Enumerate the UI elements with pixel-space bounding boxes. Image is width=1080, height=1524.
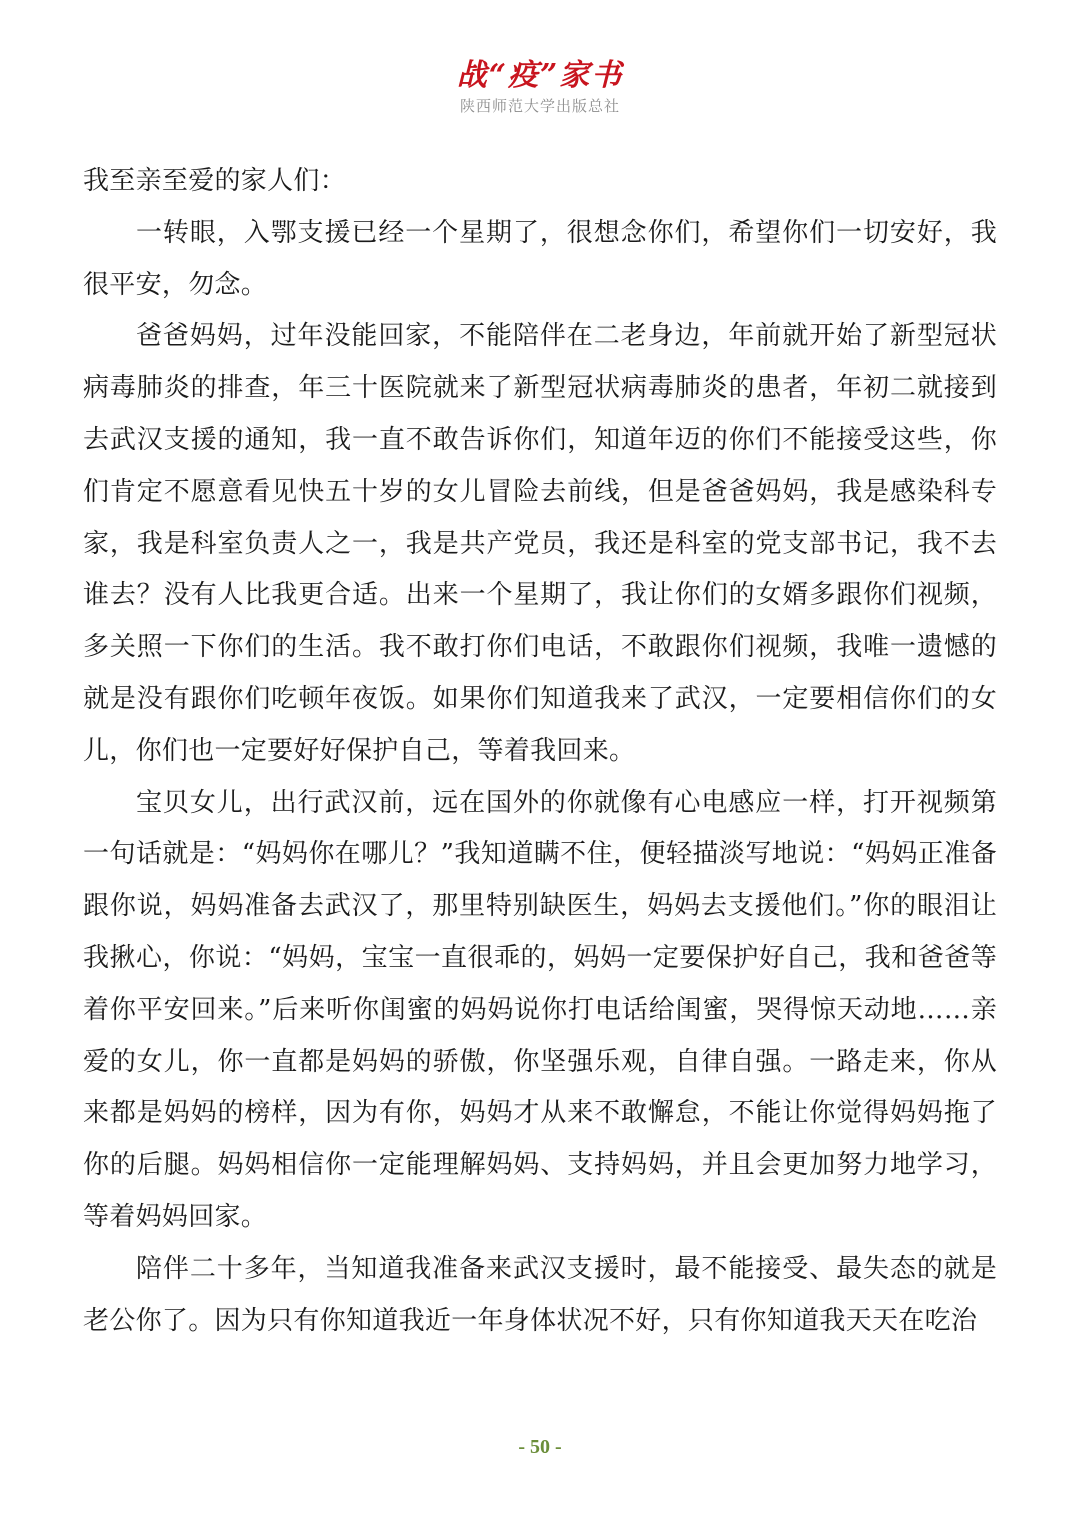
- paragraph-to-husband: 陪伴二十多年，当知道我准备来武汉支援时，最不能接受、最失态的就是老公你了。因为只…: [83, 1244, 997, 1348]
- page-header: 战“疫”家书 陕西师范大学出版总社: [0, 58, 1080, 116]
- page-number: - 50 -: [0, 1436, 1080, 1459]
- publisher-name: 陕西师范大学出版总社: [0, 96, 1080, 116]
- paragraph-to-parents: 爸爸妈妈，过年没能回家，不能陪伴在二老身边，年前就开始了新型冠状病毒肺炎的排查，…: [83, 311, 997, 777]
- paragraph-greeting: 一转眼，入鄂支援已经一个星期了，很想念你们，希望你们一切安好，我很平安，勿念。: [83, 208, 997, 312]
- paragraph-to-daughter: 宝贝女儿，出行武汉前，远在国外的你就像有心电感应一样，打开视频第一句话就是：“妈…: [83, 778, 997, 1244]
- book-title: 战“疫”家书: [0, 58, 1080, 94]
- letter-body: 我至亲至爱的家人们： 一转眼，入鄂支援已经一个星期了，很想念你们，希望你们一切安…: [83, 156, 997, 1347]
- letter-salutation: 我至亲至爱的家人们：: [83, 156, 997, 208]
